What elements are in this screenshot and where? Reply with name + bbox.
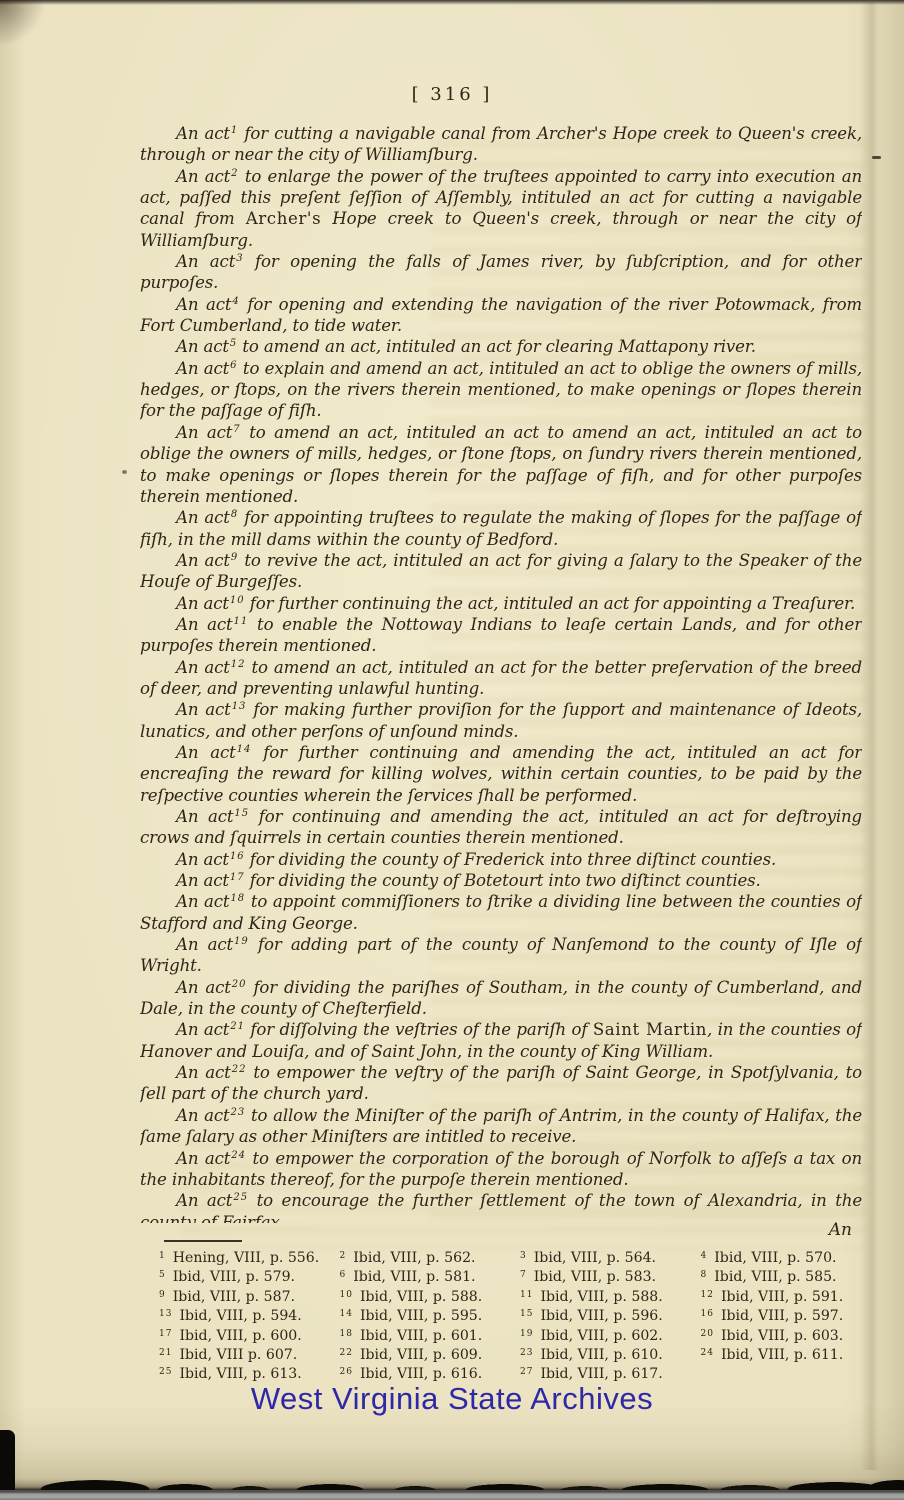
footnotes: 1Hening, VIII, p. 556.2Ibid, VIII, p. 56… bbox=[156, 1248, 874, 1384]
act-text: to amend an act, intituled an act for th… bbox=[140, 658, 862, 698]
act-lead: An act bbox=[176, 978, 231, 997]
footnote-entry: 3Ibid, VIII, p. 564. bbox=[517, 1248, 694, 1267]
footnote-number: 25 bbox=[159, 1367, 172, 1377]
act-entry: An act16 for dividing the county of Fred… bbox=[140, 849, 862, 870]
footnote-number: 4 bbox=[701, 1251, 708, 1261]
footnote-number: 12 bbox=[701, 1290, 714, 1300]
footnote-number: 20 bbox=[701, 1329, 714, 1339]
act-text: to appoint commiſſioners to ſtrike a div… bbox=[140, 892, 862, 932]
footnote-reference: 2 bbox=[231, 168, 238, 179]
footnote-reference: 16 bbox=[230, 851, 245, 862]
footnote-reference: 9 bbox=[231, 552, 238, 563]
footnote-citation: Ibid, VIII, p. 594. bbox=[179, 1308, 301, 1324]
act-entry: An act22 to empower the veſtry of the pa… bbox=[140, 1062, 862, 1105]
footnote-reference: 7 bbox=[233, 424, 240, 435]
act-entry: An act14 for further continuing and amen… bbox=[140, 742, 862, 806]
act-lead: An act bbox=[176, 551, 230, 570]
act-entry: An act19 for adding part of the county o… bbox=[140, 934, 862, 977]
act-lead: An act bbox=[176, 658, 230, 677]
act-lead: An act bbox=[176, 871, 229, 890]
footnote-number: 7 bbox=[520, 1270, 527, 1280]
footnote-entry: 24Ibid, VIII, p. 611. bbox=[698, 1345, 875, 1364]
footnote-number: 19 bbox=[520, 1329, 533, 1339]
footnote-reference: 4 bbox=[232, 296, 239, 307]
act-lead: An act bbox=[176, 615, 233, 634]
footnote-entry: 11Ibid, VIII, p. 588. bbox=[517, 1287, 694, 1306]
footnote-citation: Ibid, VIII, p. 603. bbox=[721, 1328, 843, 1344]
footnote-entry: 10Ibid, VIII, p. 588. bbox=[337, 1287, 514, 1306]
act-text: for appointing truſtees to regulate the … bbox=[140, 508, 862, 548]
act-entry: An act4 for opening and extending the na… bbox=[140, 294, 862, 337]
footnote-reference: 18 bbox=[230, 893, 245, 904]
footnote-entry: 20Ibid, VIII, p. 603. bbox=[698, 1326, 875, 1345]
act-lead: An act bbox=[176, 423, 232, 442]
act-lead: An act bbox=[176, 1063, 231, 1082]
footnote-number: 22 bbox=[340, 1348, 353, 1358]
footnote-citation: Ibid, VIII, p. 564. bbox=[534, 1250, 656, 1266]
act-text: for opening the falls of James river, by… bbox=[140, 252, 862, 292]
footnote-entry: 13Ibid, VIII, p. 594. bbox=[156, 1306, 333, 1325]
torn-corner bbox=[0, 1430, 15, 1492]
paper-sheet: [ 316 ] An act1 for cutting a navigable … bbox=[0, 0, 904, 1492]
act-text: to amend an act, intituled an act for cl… bbox=[242, 337, 755, 356]
act-lead: An act bbox=[176, 1191, 232, 1210]
footnote-number: 13 bbox=[159, 1309, 172, 1319]
footnote-citation: Ibid, VIII, p. 562. bbox=[353, 1250, 475, 1266]
act-entry: An act11 to enable the Nottoway Indians … bbox=[140, 614, 862, 657]
footnote-rule bbox=[164, 1240, 242, 1242]
footnote-reference: 17 bbox=[230, 872, 245, 883]
footnote-reference: 10 bbox=[230, 595, 245, 606]
footnote-citation: Hening, VIII, p. 556. bbox=[173, 1250, 319, 1266]
footnote-number: 11 bbox=[520, 1290, 533, 1300]
footnote-number: 8 bbox=[701, 1270, 708, 1280]
act-entry: An act10 for further continuing the act,… bbox=[140, 593, 862, 614]
ink-speck bbox=[122, 470, 127, 474]
footnote-citation: Ibid, VIII, p. 611. bbox=[721, 1347, 843, 1363]
footnote-citation: Ibid, VIII, p. 600. bbox=[179, 1328, 301, 1344]
footnote-entry: 15Ibid, VIII, p. 596. bbox=[517, 1306, 694, 1325]
act-text: for dividing the pariſhes of Southam, in… bbox=[140, 978, 862, 1018]
act-lead: An act bbox=[176, 700, 231, 719]
footnote-reference: 24 bbox=[231, 1150, 246, 1161]
act-entry: An act20 for dividing the pariſhes of So… bbox=[140, 977, 862, 1020]
act-entry: An act25 to encourage the further ſettle… bbox=[140, 1190, 862, 1223]
act-lead: An act bbox=[176, 807, 233, 826]
footnote-reference: 8 bbox=[231, 509, 238, 520]
footnote-citation: Ibid, VIII, p. 585. bbox=[714, 1269, 836, 1285]
scanned-book-page: [ 316 ] An act1 for cutting a navigable … bbox=[0, 0, 904, 1500]
catchword: An bbox=[829, 1220, 852, 1240]
act-text-roman: Saint Martin bbox=[593, 1020, 707, 1039]
footnote-citation: Ibid, VIII, p. 581. bbox=[353, 1269, 475, 1285]
footnote-entry: 22Ibid, VIII, p. 609. bbox=[337, 1345, 514, 1364]
footnote-number: 9 bbox=[159, 1290, 166, 1300]
act-entry: An act3 for opening the falls of James r… bbox=[140, 251, 862, 294]
footnote-entry: 6Ibid, VIII, p. 581. bbox=[337, 1267, 514, 1286]
footnote-reference: 23 bbox=[231, 1107, 246, 1118]
footnote-number: 16 bbox=[701, 1309, 714, 1319]
act-entry: An act18 to appoint commiſſioners to ſtr… bbox=[140, 891, 862, 934]
act-entry: An act1 for cutting a navigable canal fr… bbox=[140, 123, 862, 166]
act-entry: An act9 to revive the act, intituled an … bbox=[140, 550, 862, 593]
footnote-number: 1 bbox=[159, 1251, 166, 1261]
footnote-reference: 21 bbox=[230, 1021, 245, 1032]
act-entry: An act21 for diſſolving the veſtries of … bbox=[140, 1019, 862, 1062]
footnote-number: 5 bbox=[159, 1270, 166, 1280]
footnote-citation: Ibid, VIII, p. 595. bbox=[360, 1308, 482, 1324]
footnote-citation: Ibid, VIII, p. 597. bbox=[721, 1308, 843, 1324]
act-text: for diſſolving the veſtries of the pariſ… bbox=[250, 1020, 592, 1039]
footnote-citation: Ibid, VIII, p. 587. bbox=[173, 1289, 295, 1305]
act-text: to enable the Nottoway Indians to leaſe … bbox=[140, 615, 862, 655]
act-entry: An act17 for dividing the county of Bote… bbox=[140, 870, 862, 891]
act-lead: An act bbox=[176, 167, 230, 186]
footnote-number: 23 bbox=[520, 1348, 533, 1358]
act-text: to empower the corporation of the boroug… bbox=[140, 1149, 862, 1189]
act-entry: An act13 for making further proviſion fo… bbox=[140, 699, 862, 742]
act-lead: An act bbox=[176, 124, 230, 143]
footnote-number: 10 bbox=[340, 1290, 353, 1300]
act-entry: An act5 to amend an act, intituled an ac… bbox=[140, 336, 862, 357]
footnote-number: 3 bbox=[520, 1251, 527, 1261]
footnote-reference: 1 bbox=[231, 125, 238, 136]
act-lead: An act bbox=[176, 1149, 230, 1168]
footnote-entry: 9Ibid, VIII, p. 587. bbox=[156, 1287, 333, 1306]
footnote-entry: 8Ibid, VIII, p. 585. bbox=[698, 1267, 875, 1286]
footnote-number: 6 bbox=[340, 1270, 347, 1280]
act-lead: An act bbox=[176, 892, 229, 911]
act-entry: An act2 to enlarge the power of the truſ… bbox=[140, 166, 862, 251]
act-lead: An act bbox=[176, 594, 229, 613]
act-text: to empower the veſtry of the pariſh of S… bbox=[140, 1063, 862, 1103]
act-lead: An act bbox=[176, 252, 235, 271]
act-text: for dividing the county of Botetourt int… bbox=[250, 871, 761, 890]
footnote-citation: Ibid, VIII, p. 591. bbox=[721, 1289, 843, 1305]
act-entry: An act12 to amend an act, intituled an a… bbox=[140, 657, 862, 700]
footnote-citation: Ibid, VIII, p. 588. bbox=[540, 1289, 662, 1305]
footnote-entry: 12Ibid, VIII, p. 591. bbox=[698, 1287, 875, 1306]
act-entry: An act15 for continuing and amending the… bbox=[140, 806, 862, 849]
footnote-citation: Ibid, VIII, p. 602. bbox=[540, 1328, 662, 1344]
footnote-reference: 20 bbox=[232, 979, 247, 990]
act-lead: An act bbox=[176, 1106, 230, 1125]
footnote-number: 24 bbox=[701, 1348, 714, 1358]
footnote-entry: 7Ibid, VIII, p. 583. bbox=[517, 1267, 694, 1286]
footnote-entry: 1Hening, VIII, p. 556. bbox=[156, 1248, 333, 1267]
act-list: An act1 for cutting a navigable canal fr… bbox=[140, 123, 862, 1223]
footnote-citation: Ibid, VIII, p. 579. bbox=[173, 1269, 295, 1285]
act-text: for opening and extending the navigation… bbox=[140, 295, 862, 335]
footnote-reference: 13 bbox=[232, 701, 247, 712]
act-text-roman: Archer's bbox=[246, 209, 322, 228]
act-text: for making further proviſion for the ſup… bbox=[140, 700, 862, 740]
act-text: to allow the Miniſter of the pariſh of A… bbox=[140, 1106, 862, 1146]
footnote-entry: 16Ibid, VIII, p. 597. bbox=[698, 1306, 875, 1325]
act-entry: An act8 for appointing truſtees to regul… bbox=[140, 507, 862, 550]
footnote-number: 17 bbox=[159, 1329, 172, 1339]
footnote-entry: 21Ibid, VIII p. 607. bbox=[156, 1345, 333, 1364]
footnote-number: 21 bbox=[159, 1348, 172, 1358]
act-text: to amend an act, intituled an act to ame… bbox=[140, 423, 862, 506]
act-text: for adding part of the county of Nanſemo… bbox=[140, 935, 862, 975]
footnote-reference: 11 bbox=[234, 616, 249, 627]
footnote-reference: 6 bbox=[230, 360, 237, 371]
footnote-reference: 12 bbox=[231, 659, 246, 670]
footnote-number: 27 bbox=[520, 1367, 533, 1377]
act-entry: An act24 to empower the corporation of t… bbox=[140, 1148, 862, 1191]
act-lead: An act bbox=[176, 295, 231, 314]
footnote-citation: Ibid, VIII, p. 601. bbox=[360, 1328, 482, 1344]
footnote-citation: Ibid, VIII, p. 609. bbox=[360, 1347, 482, 1363]
footnote-entry: 23Ibid, VIII, p. 610. bbox=[517, 1345, 694, 1364]
footnote-number: 26 bbox=[340, 1367, 353, 1377]
footnote-number: 14 bbox=[340, 1309, 353, 1319]
act-text: for further continuing the act, intitule… bbox=[250, 594, 855, 613]
footnote-number: 15 bbox=[520, 1309, 533, 1319]
footnote-citation: Ibid, VIII p. 607. bbox=[179, 1347, 297, 1363]
scanner-background bbox=[0, 1490, 904, 1500]
footnote-number: 18 bbox=[340, 1329, 353, 1339]
act-lead: An act bbox=[176, 850, 229, 869]
act-text: for continuing and amending the act, int… bbox=[140, 807, 862, 847]
page-number: [ 316 ] bbox=[0, 84, 904, 105]
act-entry: An act23 to allow the Miniſter of the pa… bbox=[140, 1105, 862, 1148]
footnote-entry: 5Ibid, VIII, p. 579. bbox=[156, 1267, 333, 1286]
footnote-reference: 14 bbox=[237, 744, 252, 755]
footnote-entry: 18Ibid, VIII, p. 601. bbox=[337, 1326, 514, 1345]
act-lead: An act bbox=[176, 508, 230, 527]
footnote-entry: 17Ibid, VIII, p. 600. bbox=[156, 1326, 333, 1345]
footnote-reference: 22 bbox=[232, 1064, 247, 1075]
footnote-citation: Ibid, VIII, p. 610. bbox=[540, 1347, 662, 1363]
footnote-reference: 19 bbox=[234, 936, 249, 947]
footnote-entry: 19Ibid, VIII, p. 602. bbox=[517, 1326, 694, 1345]
act-lead: An act bbox=[176, 935, 233, 954]
act-lead: An act bbox=[176, 743, 236, 762]
footnote-number: 2 bbox=[340, 1251, 347, 1261]
act-text: for cutting a navigable canal from Arche… bbox=[140, 124, 862, 164]
act-lead: An act bbox=[176, 337, 229, 356]
act-entry: An act6 to explain and amend an act, int… bbox=[140, 358, 862, 422]
footnote-reference: 5 bbox=[230, 338, 237, 349]
act-lead: An act bbox=[176, 1020, 229, 1039]
footnote-citation: Ibid, VIII, p. 588. bbox=[360, 1289, 482, 1305]
act-lead: An act bbox=[176, 359, 229, 378]
footnote-citation: Ibid, VIII, p. 596. bbox=[540, 1308, 662, 1324]
footnote-entry: 4Ibid, VIII, p. 570. bbox=[698, 1248, 875, 1267]
act-text: to explain and amend an act, intituled a… bbox=[140, 359, 862, 421]
archive-watermark: West Virginia State Archives bbox=[0, 1381, 904, 1417]
act-entry: An act7 to amend an act, intituled an ac… bbox=[140, 422, 862, 507]
footnote-entry: 2Ibid, VIII, p. 562. bbox=[337, 1248, 514, 1267]
footnote-reference: 3 bbox=[236, 253, 243, 264]
footnote-reference: 25 bbox=[233, 1192, 248, 1203]
footnote-entry: 14Ibid, VIII, p. 595. bbox=[337, 1306, 514, 1325]
act-text: to revive the act, intituled an act for … bbox=[140, 551, 862, 591]
footnote-citation: Ibid, VIII, p. 583. bbox=[534, 1269, 656, 1285]
ink-speck bbox=[872, 156, 881, 159]
act-text: for dividing the county of Frederick int… bbox=[250, 850, 776, 869]
footnote-citation: Ibid, VIII, p. 570. bbox=[714, 1250, 836, 1266]
act-text: to encourage the further ſettlement of t… bbox=[140, 1191, 862, 1223]
footnote-reference: 15 bbox=[234, 808, 249, 819]
